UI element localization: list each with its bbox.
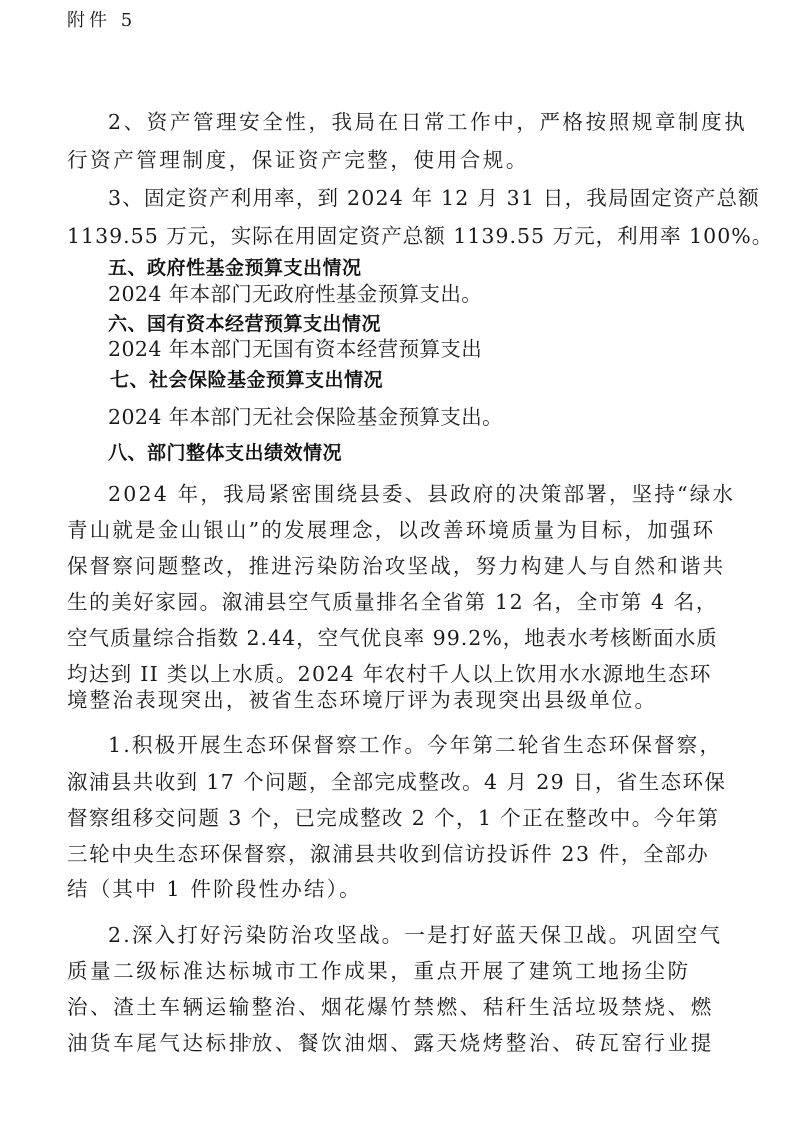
text-line: 治、渣土车辆运输整治、烟花爆竹禁燃、秸秆生活垃圾禁烧、燃 — [67, 995, 714, 1019]
text-line: 2.深入打好污染防治攻坚战。一是打好蓝天保卫战。巩固空气 — [108, 923, 722, 947]
text-line: 溆浦县共收到 17 个问题，全部完成整改。4 月 29 日，省生态环保 — [67, 770, 726, 794]
section-body-7: 2024 年本部门无社会保险基金预算支出。 — [108, 405, 503, 429]
section-heading-8: 八、部门整体支出绩效情况 — [108, 441, 342, 465]
text-line: 2024 年，我局紧密围绕县委、县政府的决策部署，坚持“绿水 — [108, 482, 735, 506]
text-line: 油货车尾气达标排放、餐饮油烟、露天烧烤整治、砖瓦窑行业提 — [67, 1031, 714, 1055]
text-line: 质量二级标准达标城市工作成果，重点开展了建筑工地扬尘防 — [67, 959, 691, 983]
text-line: 生的美好家园。溆浦县空气质量排名全省第 12 名，全市第 4 名， — [67, 590, 718, 614]
text-line: 行资产管理制度，保证资产完整，使用合规。 — [67, 148, 529, 172]
section-body-6: 2024 年本部门无国有资本经营预算支出 — [108, 337, 482, 361]
section-heading-7: 七、社会保险基金预算支出情况 — [110, 368, 383, 392]
text-line: 1.积极开展生态环保督察工作。今年第二轮省生态环保督察， — [108, 733, 722, 757]
text-line: 三轮中央生态环保督察，溆浦县共收到信访投诉件 23 件，全部办 — [67, 842, 709, 866]
text-line: 青山就是金山银山”的发展理念，以改善环境质量为目标，加强环 — [67, 518, 715, 542]
text-line: 3、固定资产利用率，到 2024 年 12 月 31 日，我局固定资产总额 — [108, 186, 760, 210]
text-line: 空气质量综合指数 2.44，空气优良率 99.2%，地表水考核断面水质 — [67, 626, 718, 650]
text-line: 保督察问题整改，推进污染防治攻坚战，努力构建人与自然和谐共 — [67, 554, 725, 578]
text-line: 结（其中 1 件阶段性办结）。 — [67, 877, 362, 901]
attachment-label: 附件 5 — [67, 6, 136, 32]
text-line: 1139.55 万元，实际在用固定资产总额 1139.55 万元，利用率 100… — [67, 224, 773, 248]
page-number: 7 — [247, 1037, 252, 1046]
text-line: 督察组移交问题 3 个，已完成整改 2 个，1 个正在整改中。今年第 — [67, 806, 719, 830]
text-line: 2、资产管理安全性，我局在日常工作中，严格按照规章制度执 — [108, 110, 747, 134]
text-line: 境整治表现突出，被省生态环境厅评为表现突出县级单位。 — [67, 688, 657, 712]
section-heading-6: 六、国有资本经营预算支出情况 — [108, 312, 381, 336]
section-body-5: 2024 年本部门无政府性基金预算支出。 — [108, 282, 482, 306]
section-heading-5: 五、政府性基金预算支出情况 — [108, 256, 362, 280]
text-line: 均达到 II 类以上水质。2024 年农村千人以上饮用水水源地生态环 — [67, 662, 712, 686]
